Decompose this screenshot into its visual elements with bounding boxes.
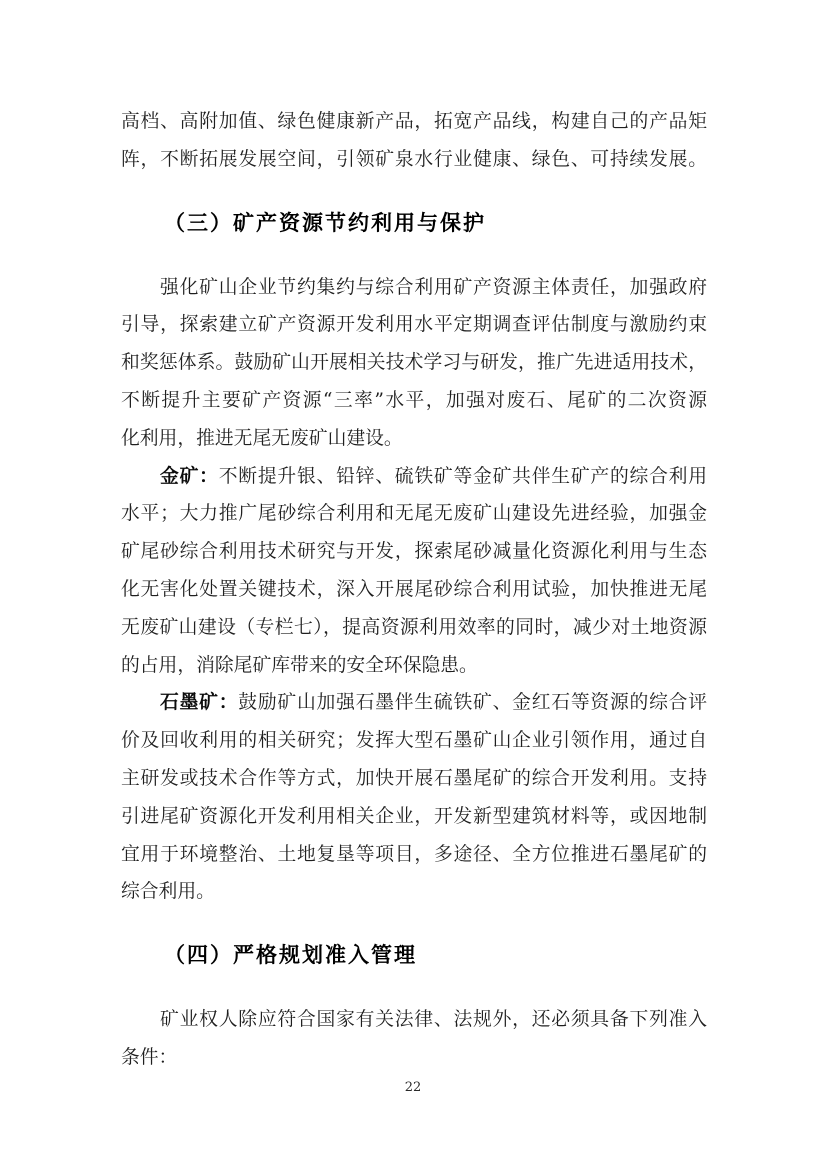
text-line: 主研发或技术合作等方式，加快开展石墨尾矿的综合开发利用。支持 bbox=[121, 760, 707, 798]
text-run: 矿尾砂综合利用技术研究与开发，探索尾砂减量化资源化利用与生态 bbox=[121, 541, 707, 562]
paragraph: 高档、高附加值、绿色健康新产品，拓宽产品线，构建自己的产品矩阵，不断拓展发展空间… bbox=[121, 103, 707, 179]
text-run: 引进尾矿资源化开发利用相关企业，开发新型建筑材料等，或因地制 bbox=[121, 806, 707, 827]
text-run: 矿业权人除应符合国家有关法律、法规外，还必须具备下列准入 bbox=[160, 1009, 707, 1030]
text-line: 引进尾矿资源化开发利用相关企业，开发新型建筑材料等，或因地制 bbox=[121, 798, 707, 836]
document-content: 高档、高附加值、绿色健康新产品，拓宽产品线，构建自己的产品矩阵，不断拓展发展空间… bbox=[121, 103, 707, 1077]
paragraph: 强化矿山企业节约集约与综合利用矿产资源主体责任，加强政府引导，探索建立矿产资源开… bbox=[121, 269, 707, 458]
text-run: 阵，不断拓展发展空间，引领矿泉水行业健康、绿色、可持续发展。 bbox=[121, 149, 707, 170]
text-run: 水平；大力推广尾砂综合利用和无尾无废矿山建设先进经验，加强金 bbox=[121, 503, 707, 524]
text-run: 化无害化处置关键技术，深入开展尾砂综合利用试验，加快推进无尾 bbox=[121, 579, 707, 600]
paragraph: 金矿：不断提升银、铅锌、硫铁矿等金矿共伴生矿产的综合利用水平；大力推广尾砂综合利… bbox=[121, 458, 707, 685]
paragraph: 矿业权人除应符合国家有关法律、法规外，还必须具备下列准入条件： bbox=[121, 1001, 707, 1077]
text-line: 和奖惩体系。鼓励矿山开展相关技术学习与研发，推广先进适用技术， bbox=[121, 344, 707, 382]
text-run: 鼓励矿山加强石墨伴生硫铁矿、金红石等资源的综合评 bbox=[238, 692, 707, 713]
text-run: 和奖惩体系。鼓励矿山开展相关技术学习与研发，推广先进适用技术， bbox=[121, 352, 707, 373]
text-run: 无废矿山建设（专栏七），提高资源利用效率的同时，减少对土地资源 bbox=[121, 617, 707, 638]
text-line: 不断提升主要矿产资源“三率”水平，加强对废石、尾矿的二次资源 bbox=[121, 382, 707, 420]
paragraph: 石墨矿：鼓励矿山加强石墨伴生硫铁矿、金红石等资源的综合评价及回收利用的相关研究；… bbox=[121, 684, 707, 911]
inline-bold-label: 金矿： bbox=[160, 465, 219, 487]
text-line: 石墨矿：鼓励矿山加强石墨伴生硫铁矿、金红石等资源的综合评 bbox=[121, 684, 707, 722]
text-run: 价及回收利用的相关研究；发挥大型石墨矿山企业引领作用，通过自 bbox=[121, 730, 707, 751]
document-page: 高档、高附加值、绿色健康新产品，拓宽产品线，构建自己的产品矩阵，不断拓展发展空间… bbox=[0, 0, 826, 1169]
text-run: 宜用于环境整治、土地复垦等项目，多途径、全方位推进石墨尾矿的 bbox=[121, 844, 707, 865]
text-line: 宜用于环境整治、土地复垦等项目，多途径、全方位推进石墨尾矿的 bbox=[121, 836, 707, 874]
text-line: 阵，不断拓展发展空间，引领矿泉水行业健康、绿色、可持续发展。 bbox=[121, 141, 707, 179]
text-line: 综合利用。 bbox=[121, 873, 707, 911]
text-run: 引导，探索建立矿产资源开发利用水平定期调查评估制度与激励约束 bbox=[121, 314, 707, 335]
text-line: 条件： bbox=[121, 1039, 707, 1077]
text-run: 不断提升主要矿产资源“三率”水平，加强对废石、尾矿的二次资源 bbox=[121, 390, 707, 411]
text-line: 矿尾砂综合利用技术研究与开发，探索尾砂减量化资源化利用与生态 bbox=[121, 533, 707, 571]
section-heading: （三）矿产资源节约利用与保护 bbox=[121, 203, 707, 243]
text-line: 高档、高附加值、绿色健康新产品，拓宽产品线，构建自己的产品矩 bbox=[121, 103, 707, 141]
text-line: 的占用，消除尾矿库带来的安全环保隐患。 bbox=[121, 647, 707, 685]
text-line: 无废矿山建设（专栏七），提高资源利用效率的同时，减少对土地资源 bbox=[121, 609, 707, 647]
text-line: 强化矿山企业节约集约与综合利用矿产资源主体责任，加强政府 bbox=[121, 269, 707, 307]
text-run: 高档、高附加值、绿色健康新产品，拓宽产品线，构建自己的产品矩 bbox=[121, 111, 707, 132]
text-line: 矿业权人除应符合国家有关法律、法规外，还必须具备下列准入 bbox=[121, 1001, 707, 1039]
text-run: 条件： bbox=[121, 1047, 177, 1068]
text-run: 的占用，消除尾矿库带来的安全环保隐患。 bbox=[121, 655, 478, 676]
section-heading: （四）严格规划准入管理 bbox=[121, 935, 707, 975]
inline-bold-label: 石墨矿： bbox=[160, 691, 238, 713]
text-run: 不断提升银、铅锌、硫铁矿等金矿共伴生矿产的综合利用 bbox=[219, 466, 707, 487]
page-number: 22 bbox=[0, 1080, 826, 1095]
text-line: 引导，探索建立矿产资源开发利用水平定期调查评估制度与激励约束 bbox=[121, 306, 707, 344]
text-run: 化利用，推进无尾无废矿山建设。 bbox=[121, 428, 403, 449]
text-line: 化利用，推进无尾无废矿山建设。 bbox=[121, 420, 707, 458]
text-run: 综合利用。 bbox=[121, 881, 215, 902]
text-line: 化无害化处置关键技术，深入开展尾砂综合利用试验，加快推进无尾 bbox=[121, 571, 707, 609]
text-line: 价及回收利用的相关研究；发挥大型石墨矿山企业引领作用，通过自 bbox=[121, 722, 707, 760]
text-line: 金矿：不断提升银、铅锌、硫铁矿等金矿共伴生矿产的综合利用 bbox=[121, 458, 707, 496]
text-line: 水平；大力推广尾砂综合利用和无尾无废矿山建设先进经验，加强金 bbox=[121, 495, 707, 533]
text-run: 主研发或技术合作等方式，加快开展石墨尾矿的综合开发利用。支持 bbox=[121, 768, 707, 789]
text-run: 强化矿山企业节约集约与综合利用矿产资源主体责任，加强政府 bbox=[160, 277, 707, 298]
